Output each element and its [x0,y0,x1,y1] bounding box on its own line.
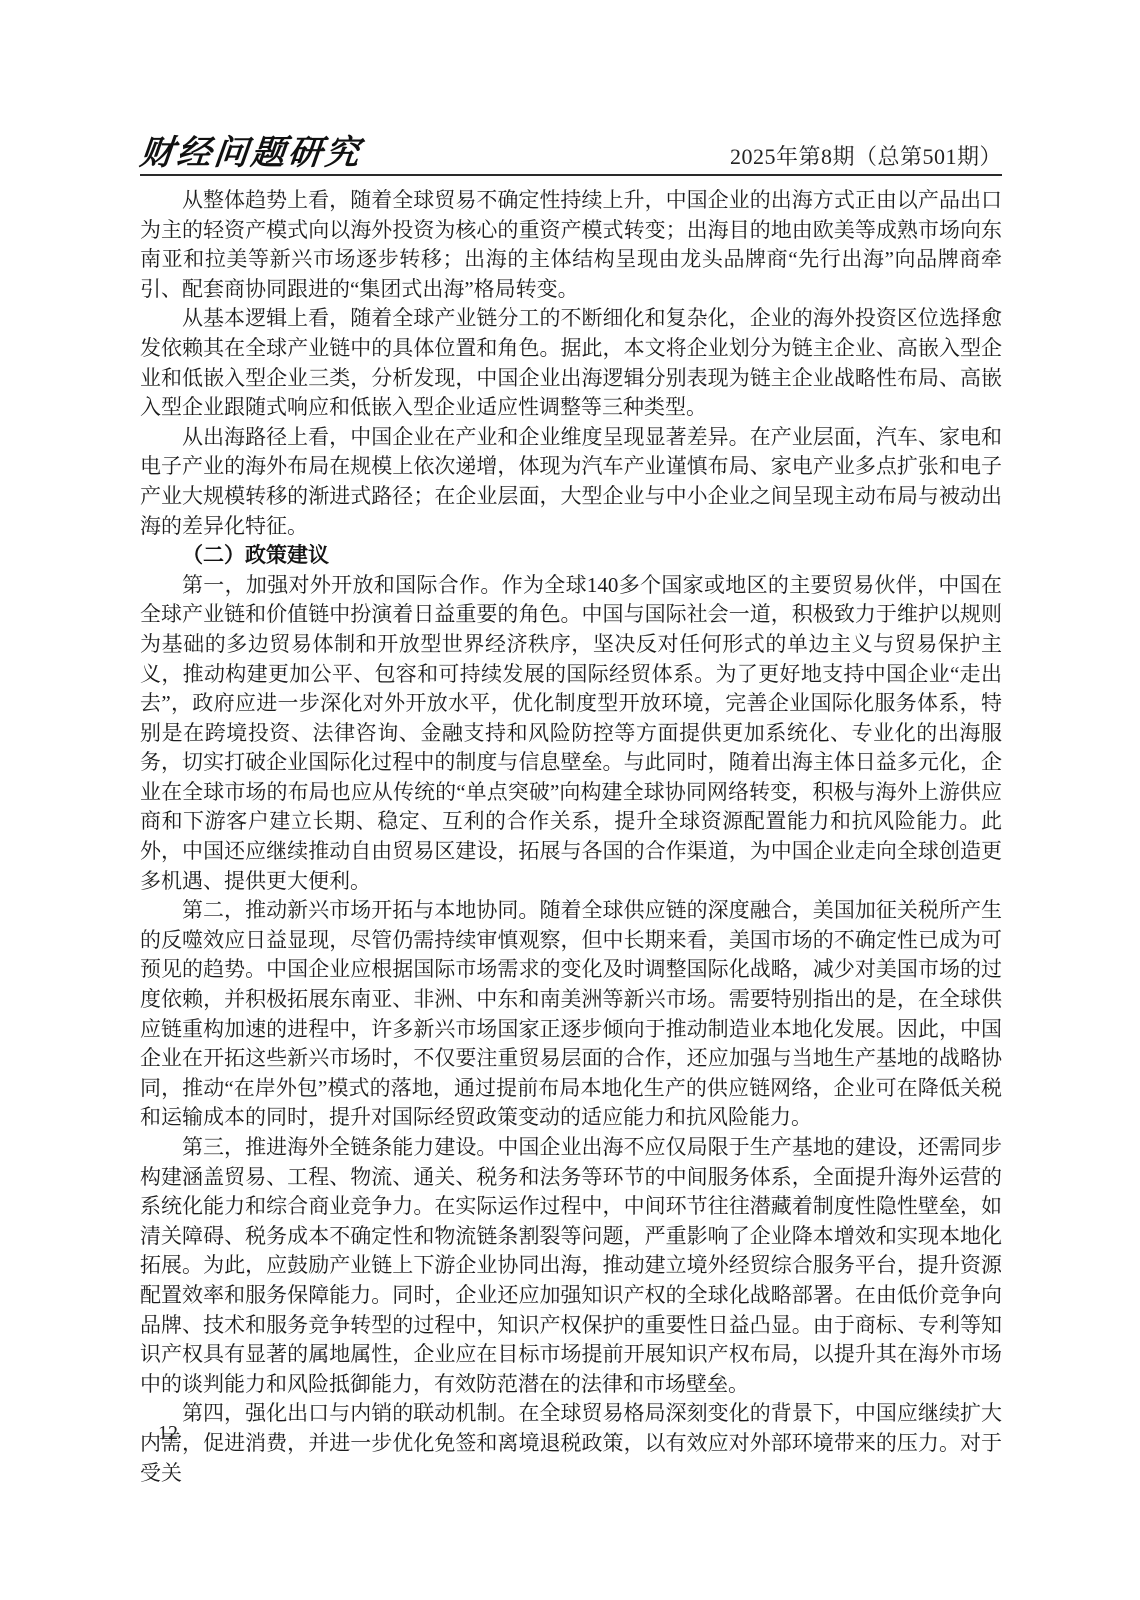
journal-logo: 财经问题研究 [138,136,364,170]
page-header: 财经问题研究 2025年第8期（总第501期） [140,120,1002,176]
paragraph: 从出海路径上看，中国企业在产业和企业维度呈现显著差异。在产业层面，汽车、家电和电… [140,423,1002,541]
section-heading: （二）政策建议 [140,541,1002,571]
paragraph: 第一，加强对外开放和国际合作。作为全球140多个国家或地区的主要贸易伙伴，中国在… [140,571,1002,897]
paragraph: 第四，强化出口与内销的联动机制。在全球贸易格局深刻变化的背景下，中国应继续扩大内… [140,1399,1002,1488]
journal-page: 财经问题研究 2025年第8期（总第501期） 从整体趋势上看，随着全球贸易不确… [0,0,1140,1600]
paragraph: 从基本逻辑上看，随着全球产业链分工的不断细化和复杂化，企业的海外投资区位选择愈发… [140,304,1002,422]
paragraph: 第三，推进海外全链条能力建设。中国企业出海不应仅局限于生产基地的建设，还需同步构… [140,1133,1002,1399]
paragraph: 从整体趋势上看，随着全球贸易不确定性持续上升，中国企业的出海方式正由以产品出口为… [140,186,1002,304]
paragraph: 第二，推动新兴市场开拓与本地协同。随着全球供应链的深度融合，美国加征关税所产生的… [140,896,1002,1133]
article-body: 从整体趋势上看，随着全球贸易不确定性持续上升，中国企业的出海方式正由以产品出口为… [140,186,1002,1488]
issue-info: 2025年第8期（总第501期） [730,146,1002,170]
page-number: 12 [158,1422,178,1445]
